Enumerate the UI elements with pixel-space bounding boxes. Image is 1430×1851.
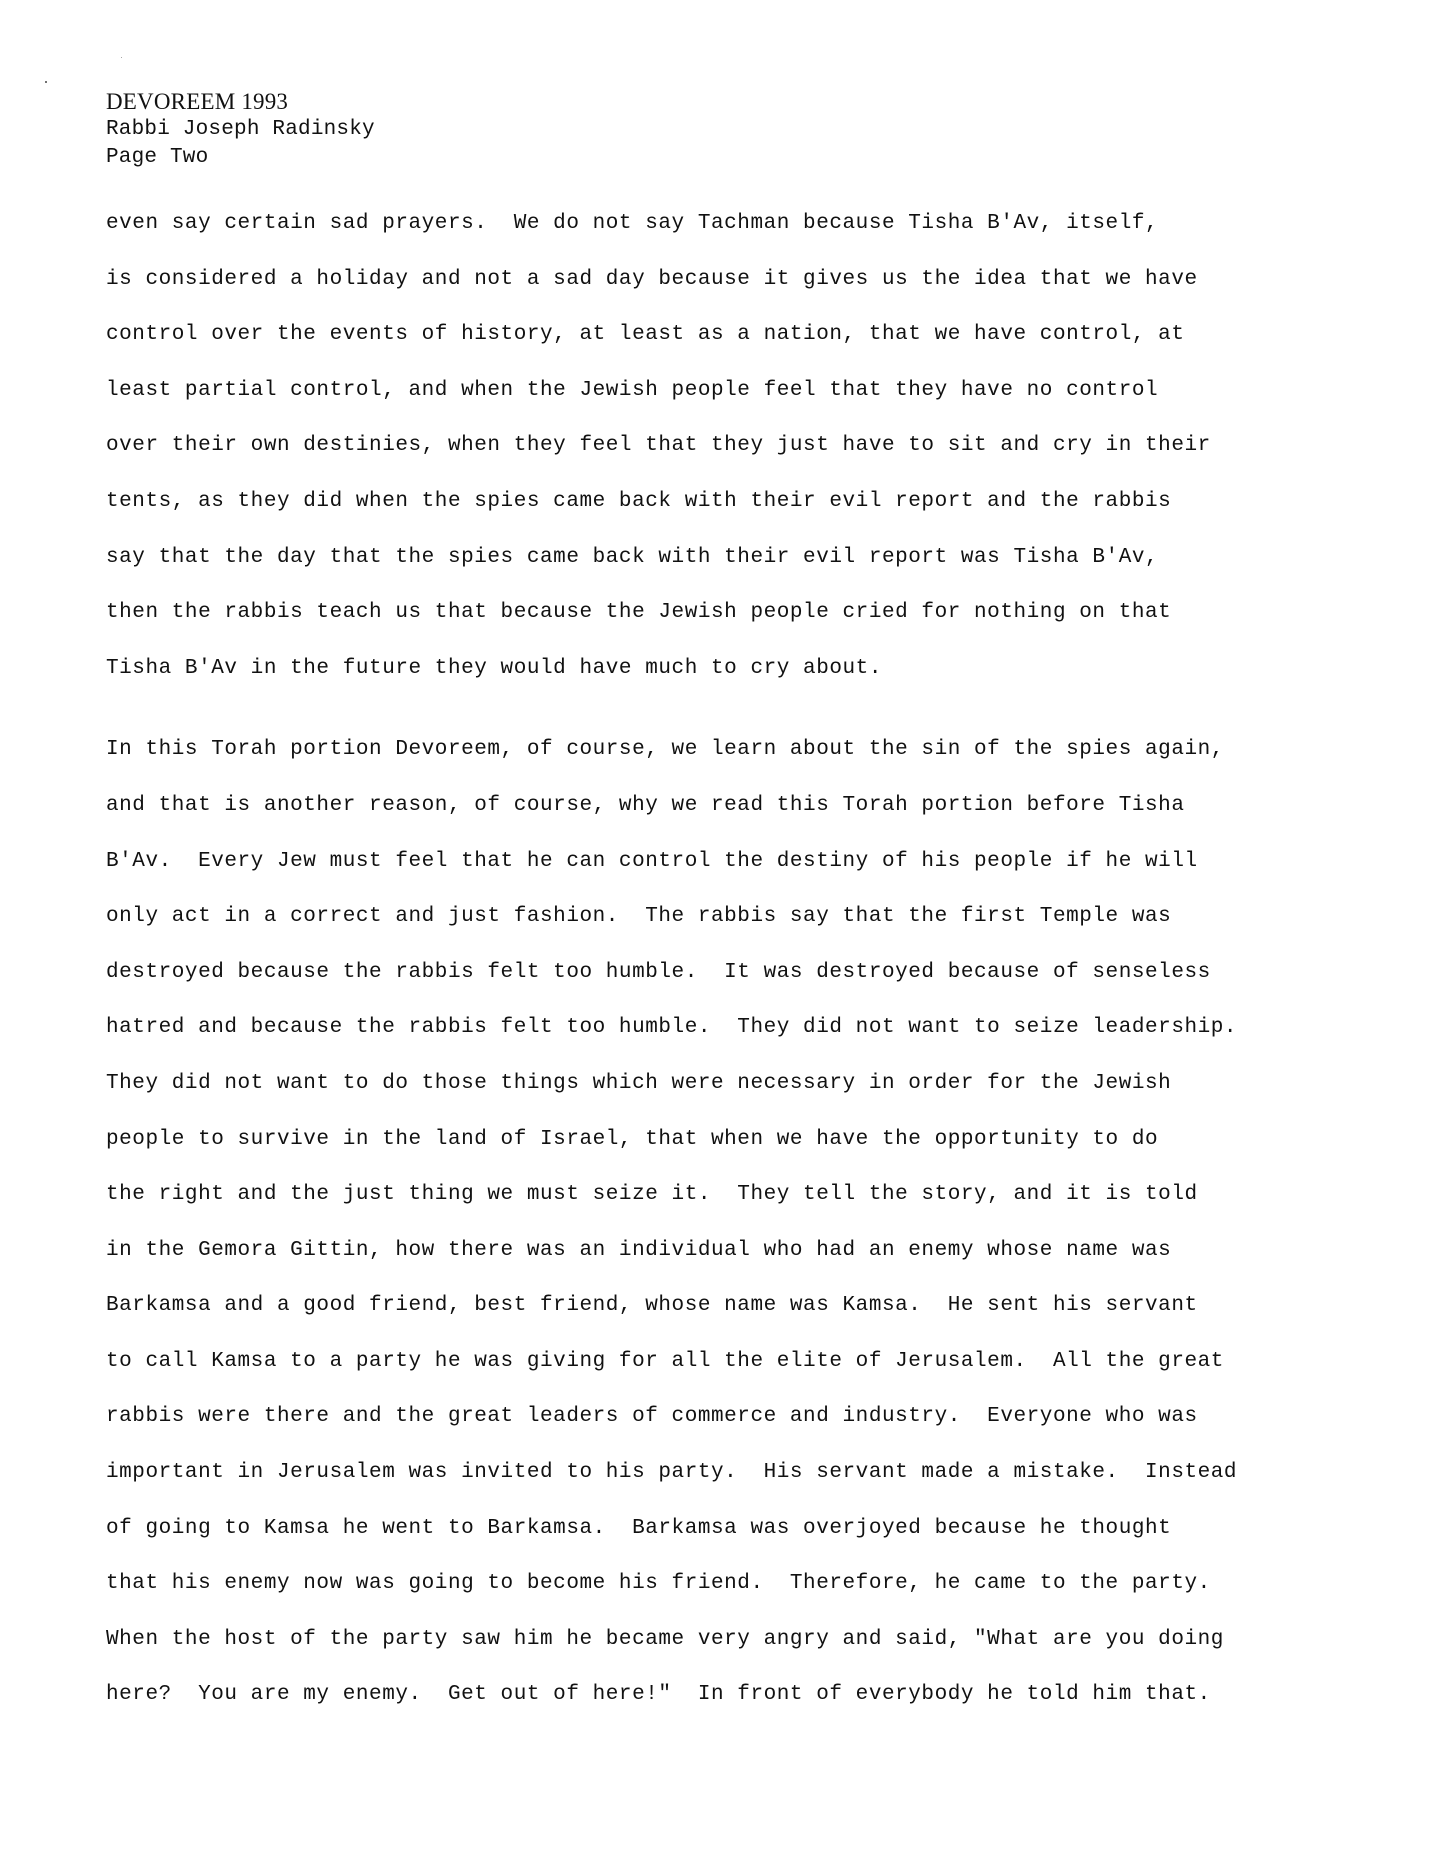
text-line: only act in a correct and just fashion. … [106, 889, 1366, 945]
text-line: and that is another reason, of course, w… [106, 778, 1366, 834]
text-line: When the host of the party saw him he be… [106, 1612, 1366, 1668]
scan-speck [45, 81, 47, 83]
text-line: least partial control, and when the Jewi… [106, 363, 1366, 419]
text-line: Barkamsa and a good friend, best friend,… [106, 1278, 1366, 1334]
text-line: the right and the just thing we must sei… [106, 1167, 1366, 1223]
document-title: DEVOREEM 1993 [106, 88, 375, 116]
text-line: of going to Kamsa he went to Barkamsa. B… [106, 1501, 1366, 1557]
text-line: then the rabbis teach us that because th… [106, 585, 1366, 641]
document-header: DEVOREEM 1993 Rabbi Joseph Radinsky Page… [106, 88, 375, 172]
text-line: control over the events of history, at l… [106, 307, 1366, 363]
paragraph: In this Torah portion Devoreem, of cours… [106, 722, 1366, 1723]
text-line: tents, as they did when the spies came b… [106, 474, 1366, 530]
document-author: Rabbi Joseph Radinsky [106, 116, 375, 144]
text-line: In this Torah portion Devoreem, of cours… [106, 722, 1366, 778]
text-line: B'Av. Every Jew must feel that he can co… [106, 834, 1366, 890]
text-line: to call Kamsa to a party he was giving f… [106, 1334, 1366, 1390]
paragraph: even say certain sad prayers. We do not … [106, 196, 1366, 696]
scan-speck [121, 57, 122, 58]
document-page: DEVOREEM 1993 Rabbi Joseph Radinsky Page… [0, 0, 1430, 1851]
text-line: over their own destinies, when they feel… [106, 418, 1366, 474]
text-line: here? You are my enemy. Get out of here!… [106, 1667, 1366, 1723]
text-line: in the Gemora Gittin, how there was an i… [106, 1223, 1366, 1279]
text-line: say that the day that the spies came bac… [106, 530, 1366, 586]
text-line: important in Jerusalem was invited to hi… [106, 1445, 1366, 1501]
text-line: is considered a holiday and not a sad da… [106, 252, 1366, 308]
paragraph-gap [106, 696, 1366, 722]
text-line: even say certain sad prayers. We do not … [106, 196, 1366, 252]
text-line: They did not want to do those things whi… [106, 1056, 1366, 1112]
text-line: destroyed because the rabbis felt too hu… [106, 945, 1366, 1001]
text-line: that his enemy now was going to become h… [106, 1556, 1366, 1612]
text-line: rabbis were there and the great leaders … [106, 1389, 1366, 1445]
page-label: Page Two [106, 144, 375, 172]
document-body: even say certain sad prayers. We do not … [106, 196, 1366, 1723]
text-line: people to survive in the land of Israel,… [106, 1112, 1366, 1168]
text-line: hatred and because the rabbis felt too h… [106, 1000, 1366, 1056]
text-line: Tisha B'Av in the future they would have… [106, 641, 1366, 697]
